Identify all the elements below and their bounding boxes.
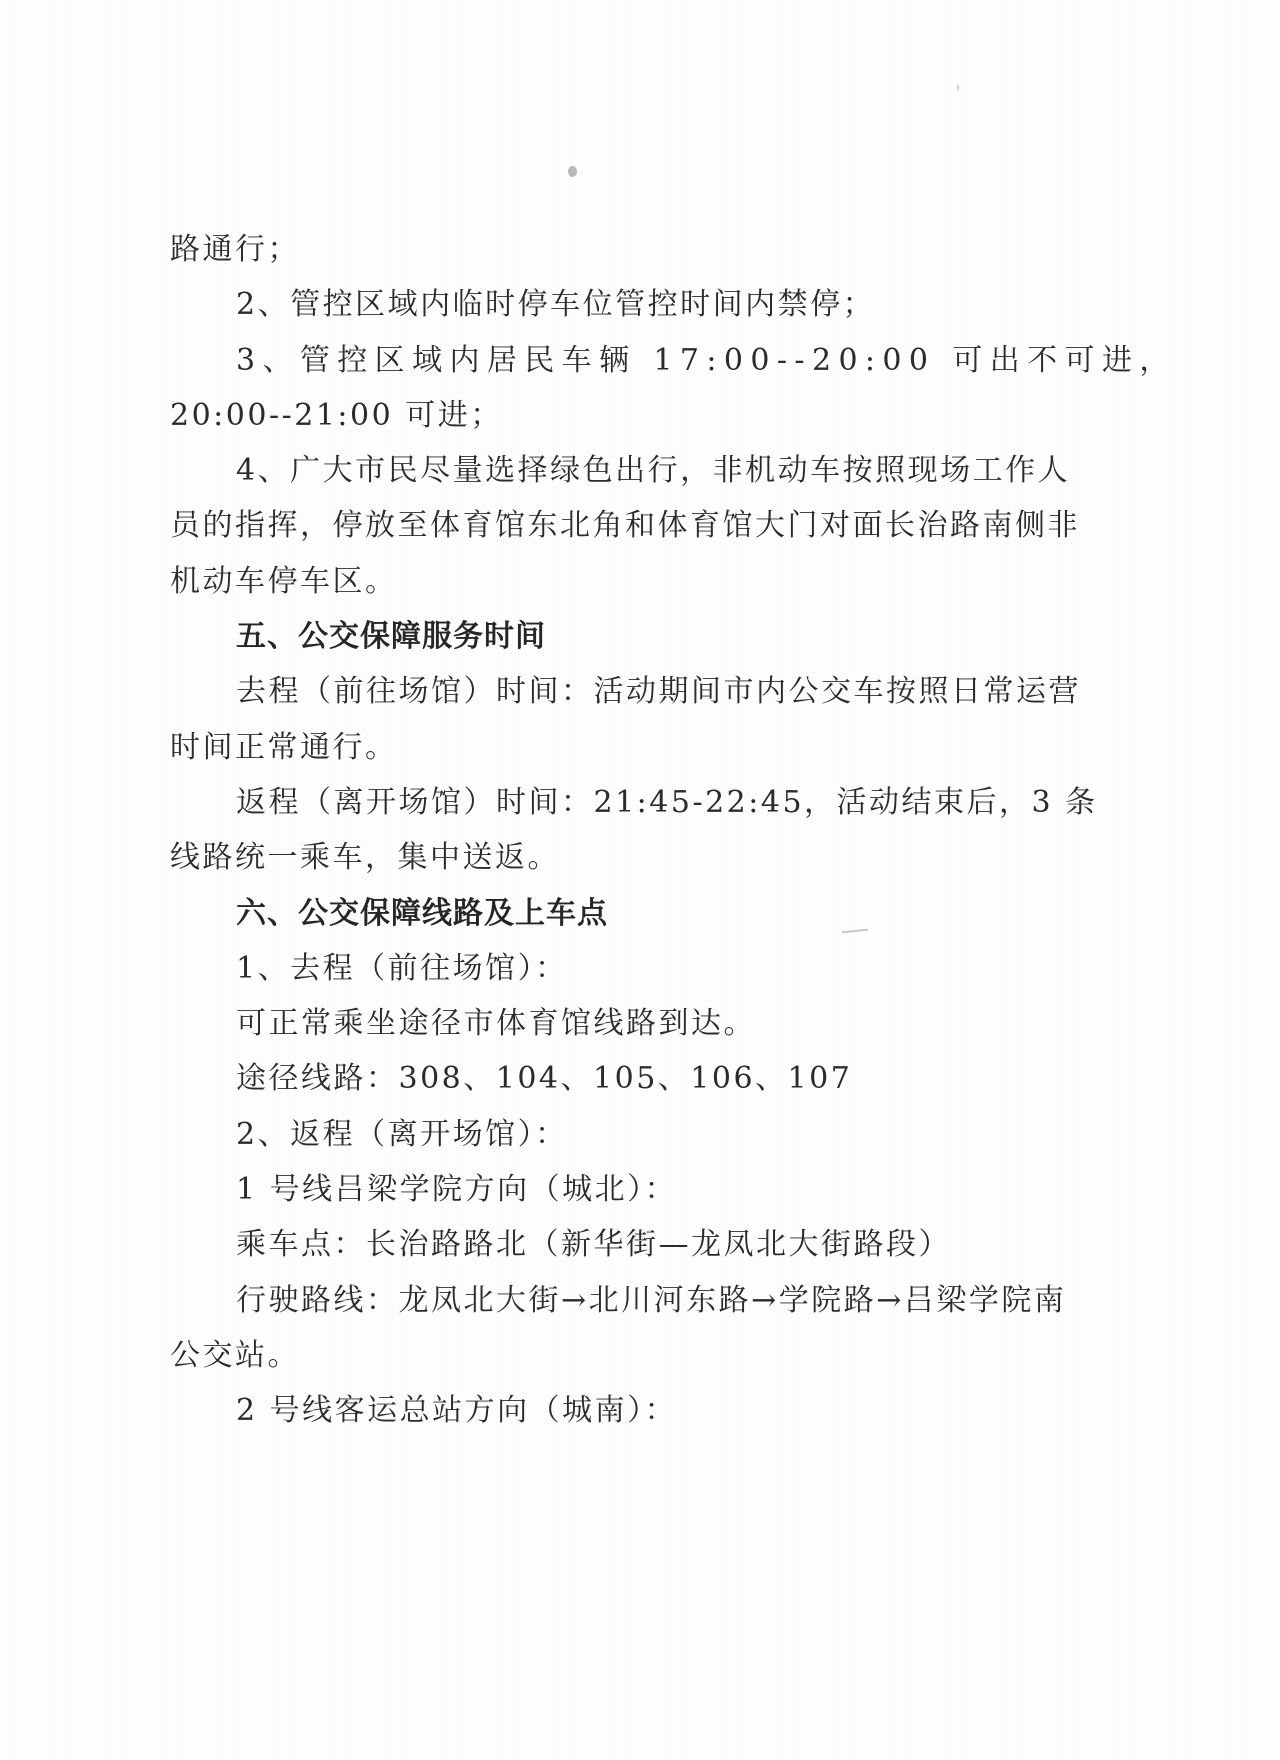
line-1-route: 行驶路线：龙凤北大街→北川河东路→学院路→吕梁学院南 xyxy=(170,1273,1100,1328)
scanned-page: 路通行； 2、管控区域内临时停车位管控时间内禁停； 3、管控区域内居民车辆 17… xyxy=(0,0,1280,1760)
line-1-pickup: 乘车点：长治路路北（新华街—龙凤北大街路段） xyxy=(170,1217,1100,1272)
text-line: 20:00--21:00 可进； xyxy=(170,388,1100,443)
text-line: 4、广大市民尽量选择绿色出行，非机动车按照现场工作人 xyxy=(170,443,1100,498)
subheading-return: 2、返程（离开场馆）： xyxy=(170,1107,1100,1162)
line-1-title: 1 号线吕梁学院方向（城北）： xyxy=(170,1162,1100,1217)
scan-speck-top-right xyxy=(957,84,959,91)
text-line: 返程（离开场馆）时间：21:45-22:45，活动结束后，3 条 xyxy=(170,775,1100,830)
text-line: 机动车停车区。 xyxy=(170,554,1100,609)
text-line: 2、管控区域内临时停车位管控时间内禁停； xyxy=(170,277,1100,332)
text-line: 去程（前往场馆）时间：活动期间市内公交车按照日常运营 xyxy=(170,664,1100,719)
document-body: 路通行； 2、管控区域内临时停车位管控时间内禁停； 3、管控区域内居民车辆 17… xyxy=(170,222,1100,1439)
text-line: 3、管控区域内居民车辆 17:00--20:00 可出不可进， xyxy=(170,333,1100,388)
text-line: 员的指挥，停放至体育馆东北角和体育馆大门对面长治路南侧非 xyxy=(170,498,1100,553)
text-line: 公交站。 xyxy=(170,1328,1100,1383)
route-list: 途径线路：308、104、105、106、107 xyxy=(170,1051,1100,1106)
section-heading-six: 六、公交保障线路及上车点 xyxy=(170,886,1100,941)
text-line: 路通行； xyxy=(170,222,1100,277)
text-line: 时间正常通行。 xyxy=(170,720,1100,775)
subheading-outbound: 1、去程（前往场馆）： xyxy=(170,941,1100,996)
section-heading-five: 五、公交保障服务时间 xyxy=(170,609,1100,664)
line-2-title: 2 号线客运总站方向（城南）： xyxy=(170,1383,1100,1438)
text-line: 可正常乘坐途径市体育馆线路到达。 xyxy=(170,996,1100,1051)
scan-speck-dot xyxy=(568,166,577,177)
text-line: 线路统一乘车，集中送返。 xyxy=(170,830,1100,885)
